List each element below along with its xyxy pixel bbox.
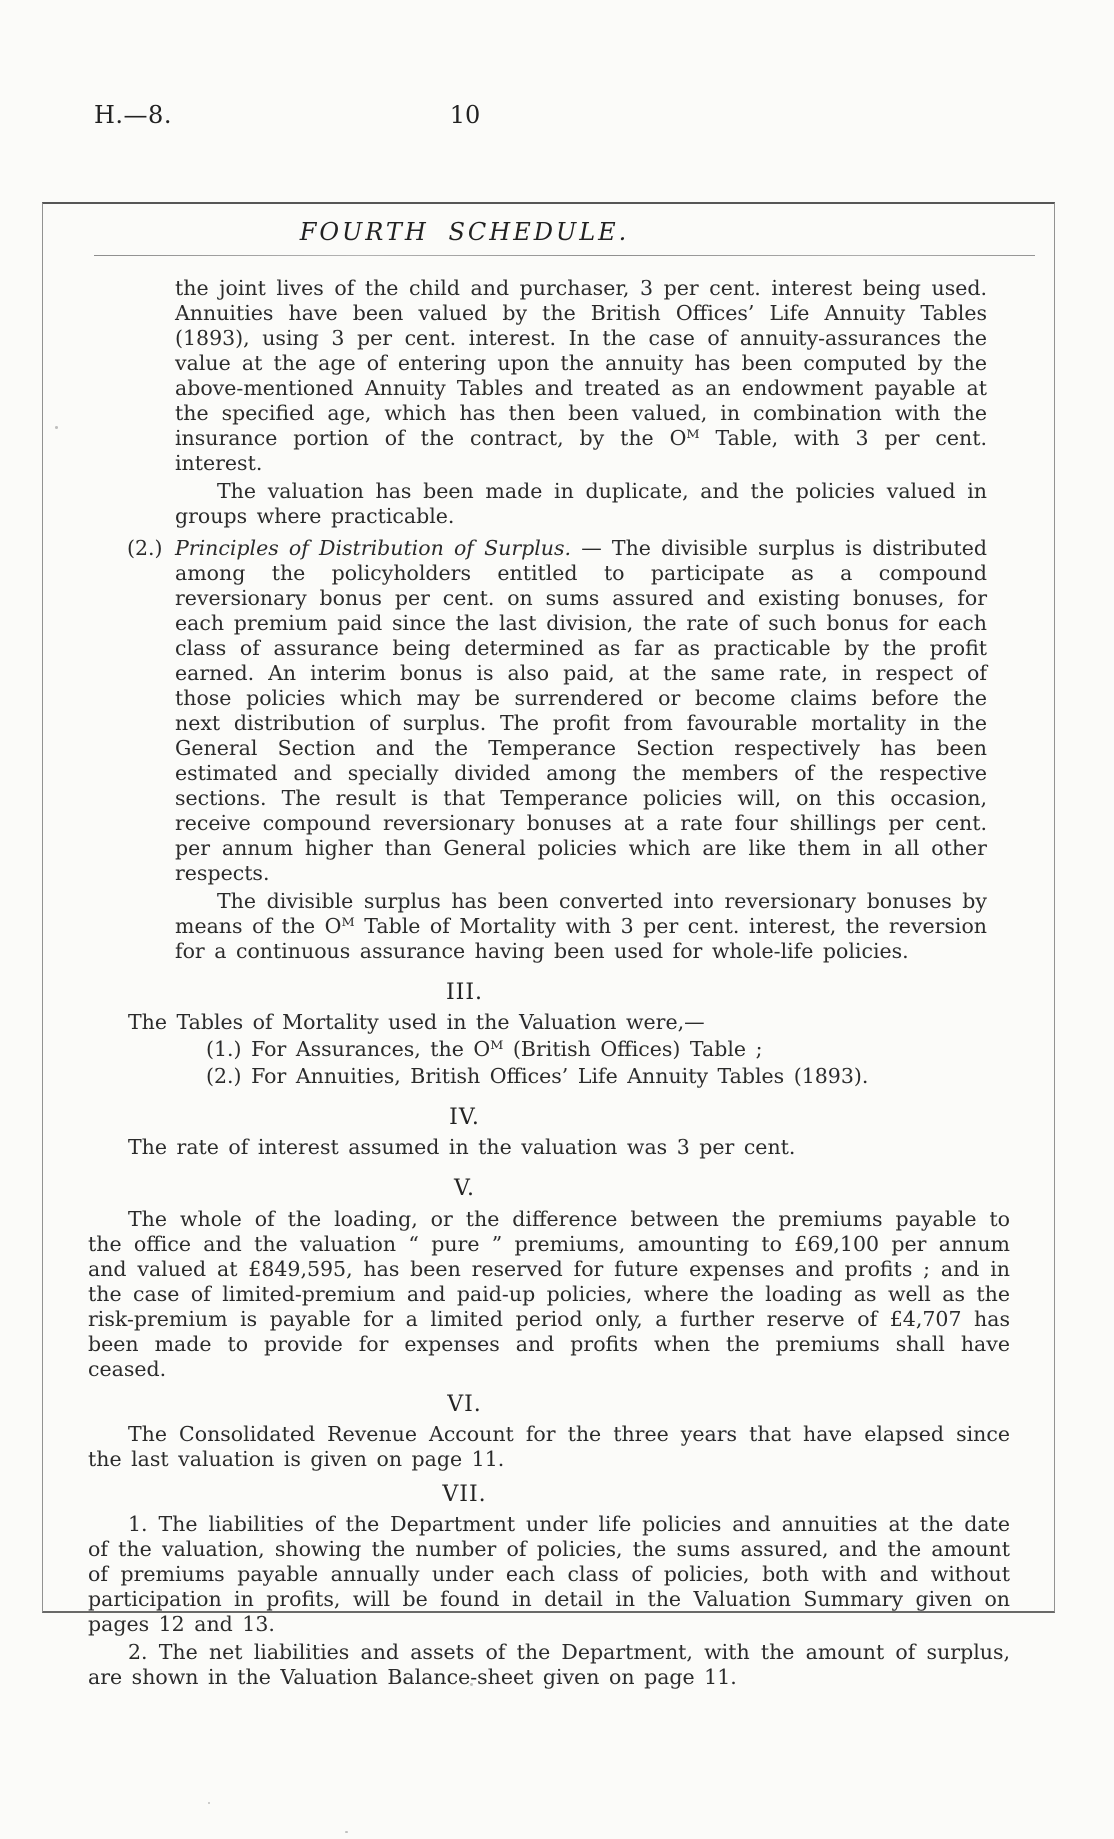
- page-number: 10: [300, 101, 630, 129]
- section-iii-list-item-2: (2.) For Annuities, British Offices’ Lif…: [206, 1064, 1055, 1089]
- section-heading-iii: III.: [42, 980, 1055, 1005]
- section-v-paragraph: The whole of the loading, or the differe…: [88, 1207, 1010, 1382]
- item1-second-paragraph: The valuation has been made in duplicate…: [175, 479, 987, 529]
- item2-number: (2.): [127, 536, 163, 561]
- schedule-content: FOURTH SCHEDULE. the joint lives of the …: [42, 202, 1055, 1690]
- section-heading-vi: VI.: [42, 1392, 1055, 1417]
- section-vi-paragraph: The Consolidated Revenue Account for the…: [88, 1422, 1010, 1472]
- item2-heading: Principles of Distribution of Surplus.: [175, 536, 571, 560]
- document-reference: H.—8.: [94, 101, 172, 129]
- item1-continuation-paragraph: the joint lives of the child and purchas…: [175, 276, 987, 476]
- item2-second-paragraph: The divisible surplus has been converted…: [175, 889, 987, 964]
- item2-block: (2.) Principles of Distribution of Surpl…: [175, 536, 987, 886]
- section-heading-vii: VII.: [42, 1482, 1055, 1507]
- scan-artifact: [55, 426, 58, 429]
- section-iv-paragraph: The rate of interest assumed in the valu…: [88, 1135, 1010, 1160]
- scan-artifact: [470, 1683, 473, 1686]
- scan-artifact: [208, 1802, 210, 1804]
- title-rule: [94, 255, 1035, 256]
- section-heading-v: V.: [42, 1176, 1055, 1201]
- section-heading-iv: IV.: [42, 1105, 1055, 1130]
- item2-body: — The divisible surplus is distributed a…: [175, 536, 987, 885]
- schedule-title: FOURTH SCHEDULE.: [42, 218, 1055, 246]
- section-vii-paragraph-2: 2. The net liabilities and assets of the…: [88, 1640, 1010, 1690]
- section-iii-intro: The Tables of Mortality used in the Valu…: [88, 1010, 1010, 1035]
- section-iii-list-item-1: (1.) For Assurances, the Oᴹ (British Off…: [206, 1037, 1055, 1062]
- section-vii-paragraph-1: 1. The liabilities of the Department und…: [88, 1512, 1010, 1637]
- scan-artifact: [345, 1831, 348, 1833]
- scanned-document-page: H.—8. 10 FOURTH SCHEDULE. the joint live…: [0, 0, 1114, 1839]
